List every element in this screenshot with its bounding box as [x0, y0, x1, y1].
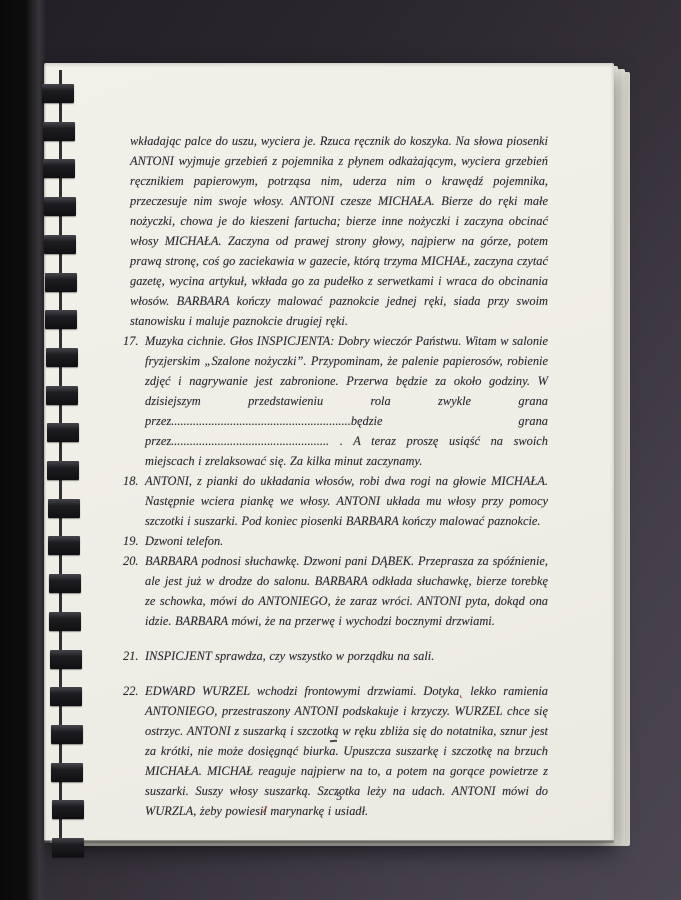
paragraph-text: EDWARD WURZEL wchodzi frontowymi drzwiam…: [145, 684, 459, 698]
paragraph-text: marynarkę i usiadł.: [267, 804, 368, 818]
binding-tooth: [48, 499, 80, 518]
binding-tooth: [43, 122, 75, 141]
binding-tooth: [42, 84, 74, 103]
paragraph-number: 18.: [123, 471, 139, 491]
paragraph-text: ANTONI, z pianki do układania włosów, ro…: [145, 474, 548, 528]
paragraph-number: 19.: [123, 531, 139, 551]
binding-tooth: [47, 461, 79, 480]
paragraph-text: INSPICJENT sprawdza, czy wszystko w porz…: [145, 649, 434, 663]
binding-tooth: [44, 197, 76, 216]
binding-tooth: [51, 725, 83, 744]
paragraph-number: 21.: [123, 646, 139, 666]
red-correction-mark: l: [263, 801, 266, 821]
binding-tooth: [45, 273, 77, 292]
photo-left-edge: [0, 0, 46, 900]
document-page: wkładając palce do uszu, wyciera je. Rzu…: [44, 63, 614, 841]
binding-tooth: [43, 159, 75, 178]
script-paragraph-19: 19.Dzwoni telefon.: [130, 531, 548, 551]
binding-tooth: [46, 386, 78, 405]
script-paragraph-continued: wkładając palce do uszu, wyciera je. Rzu…: [130, 131, 548, 331]
paragraph-text: Muzyka cichnie. Głos INSPICJENTA: Dobry …: [145, 334, 548, 468]
binding-tooth: [50, 650, 82, 669]
photo-of-bound-script: wkładając palce do uszu, wyciera je. Rzu…: [0, 0, 681, 900]
binding-tooth: [45, 310, 77, 329]
paragraph-text: wkładając palce do uszu, wyciera je. Rzu…: [130, 134, 548, 328]
script-paragraph-21: 21.INSPICJENT sprawdza, czy wszystko w p…: [130, 646, 548, 666]
script-paragraph-20: 20.BARBARA podnosi słuchawkę. Dzwoni pan…: [130, 551, 548, 631]
paragraph-number: 20.: [123, 551, 139, 571]
binding-tooth: [50, 687, 82, 706]
paragraph-text: Dzwoni telefon.: [145, 534, 223, 548]
binding-tooth: [47, 423, 79, 442]
script-paragraph-18: 18.ANTONI, z pianki do układania włosów,…: [130, 471, 548, 531]
script-paragraph-17: 17.Muzyka cichnie. Głos INSPICJENTA: Dob…: [130, 331, 548, 471]
paragraph-number: 17.: [123, 331, 139, 351]
binding-tooth: [46, 348, 78, 367]
binding-tooth: [52, 838, 84, 857]
binding-spine-line: [59, 70, 62, 838]
binding-tooth: [51, 763, 83, 782]
binding-tooth: [52, 800, 84, 819]
page-number: 5: [130, 789, 548, 804]
binding-tooth: [48, 536, 80, 555]
binding-tooth: [49, 574, 81, 593]
paragraph-number: 22.: [123, 681, 139, 701]
page-text-column: wkładając palce do uszu, wyciera je. Rzu…: [130, 131, 548, 821]
binding-tooth: [49, 612, 81, 631]
paragraph-text: BARBARA podnosi słuchawkę. Dzwoni pani D…: [145, 554, 548, 628]
binding-tooth: [44, 235, 76, 254]
